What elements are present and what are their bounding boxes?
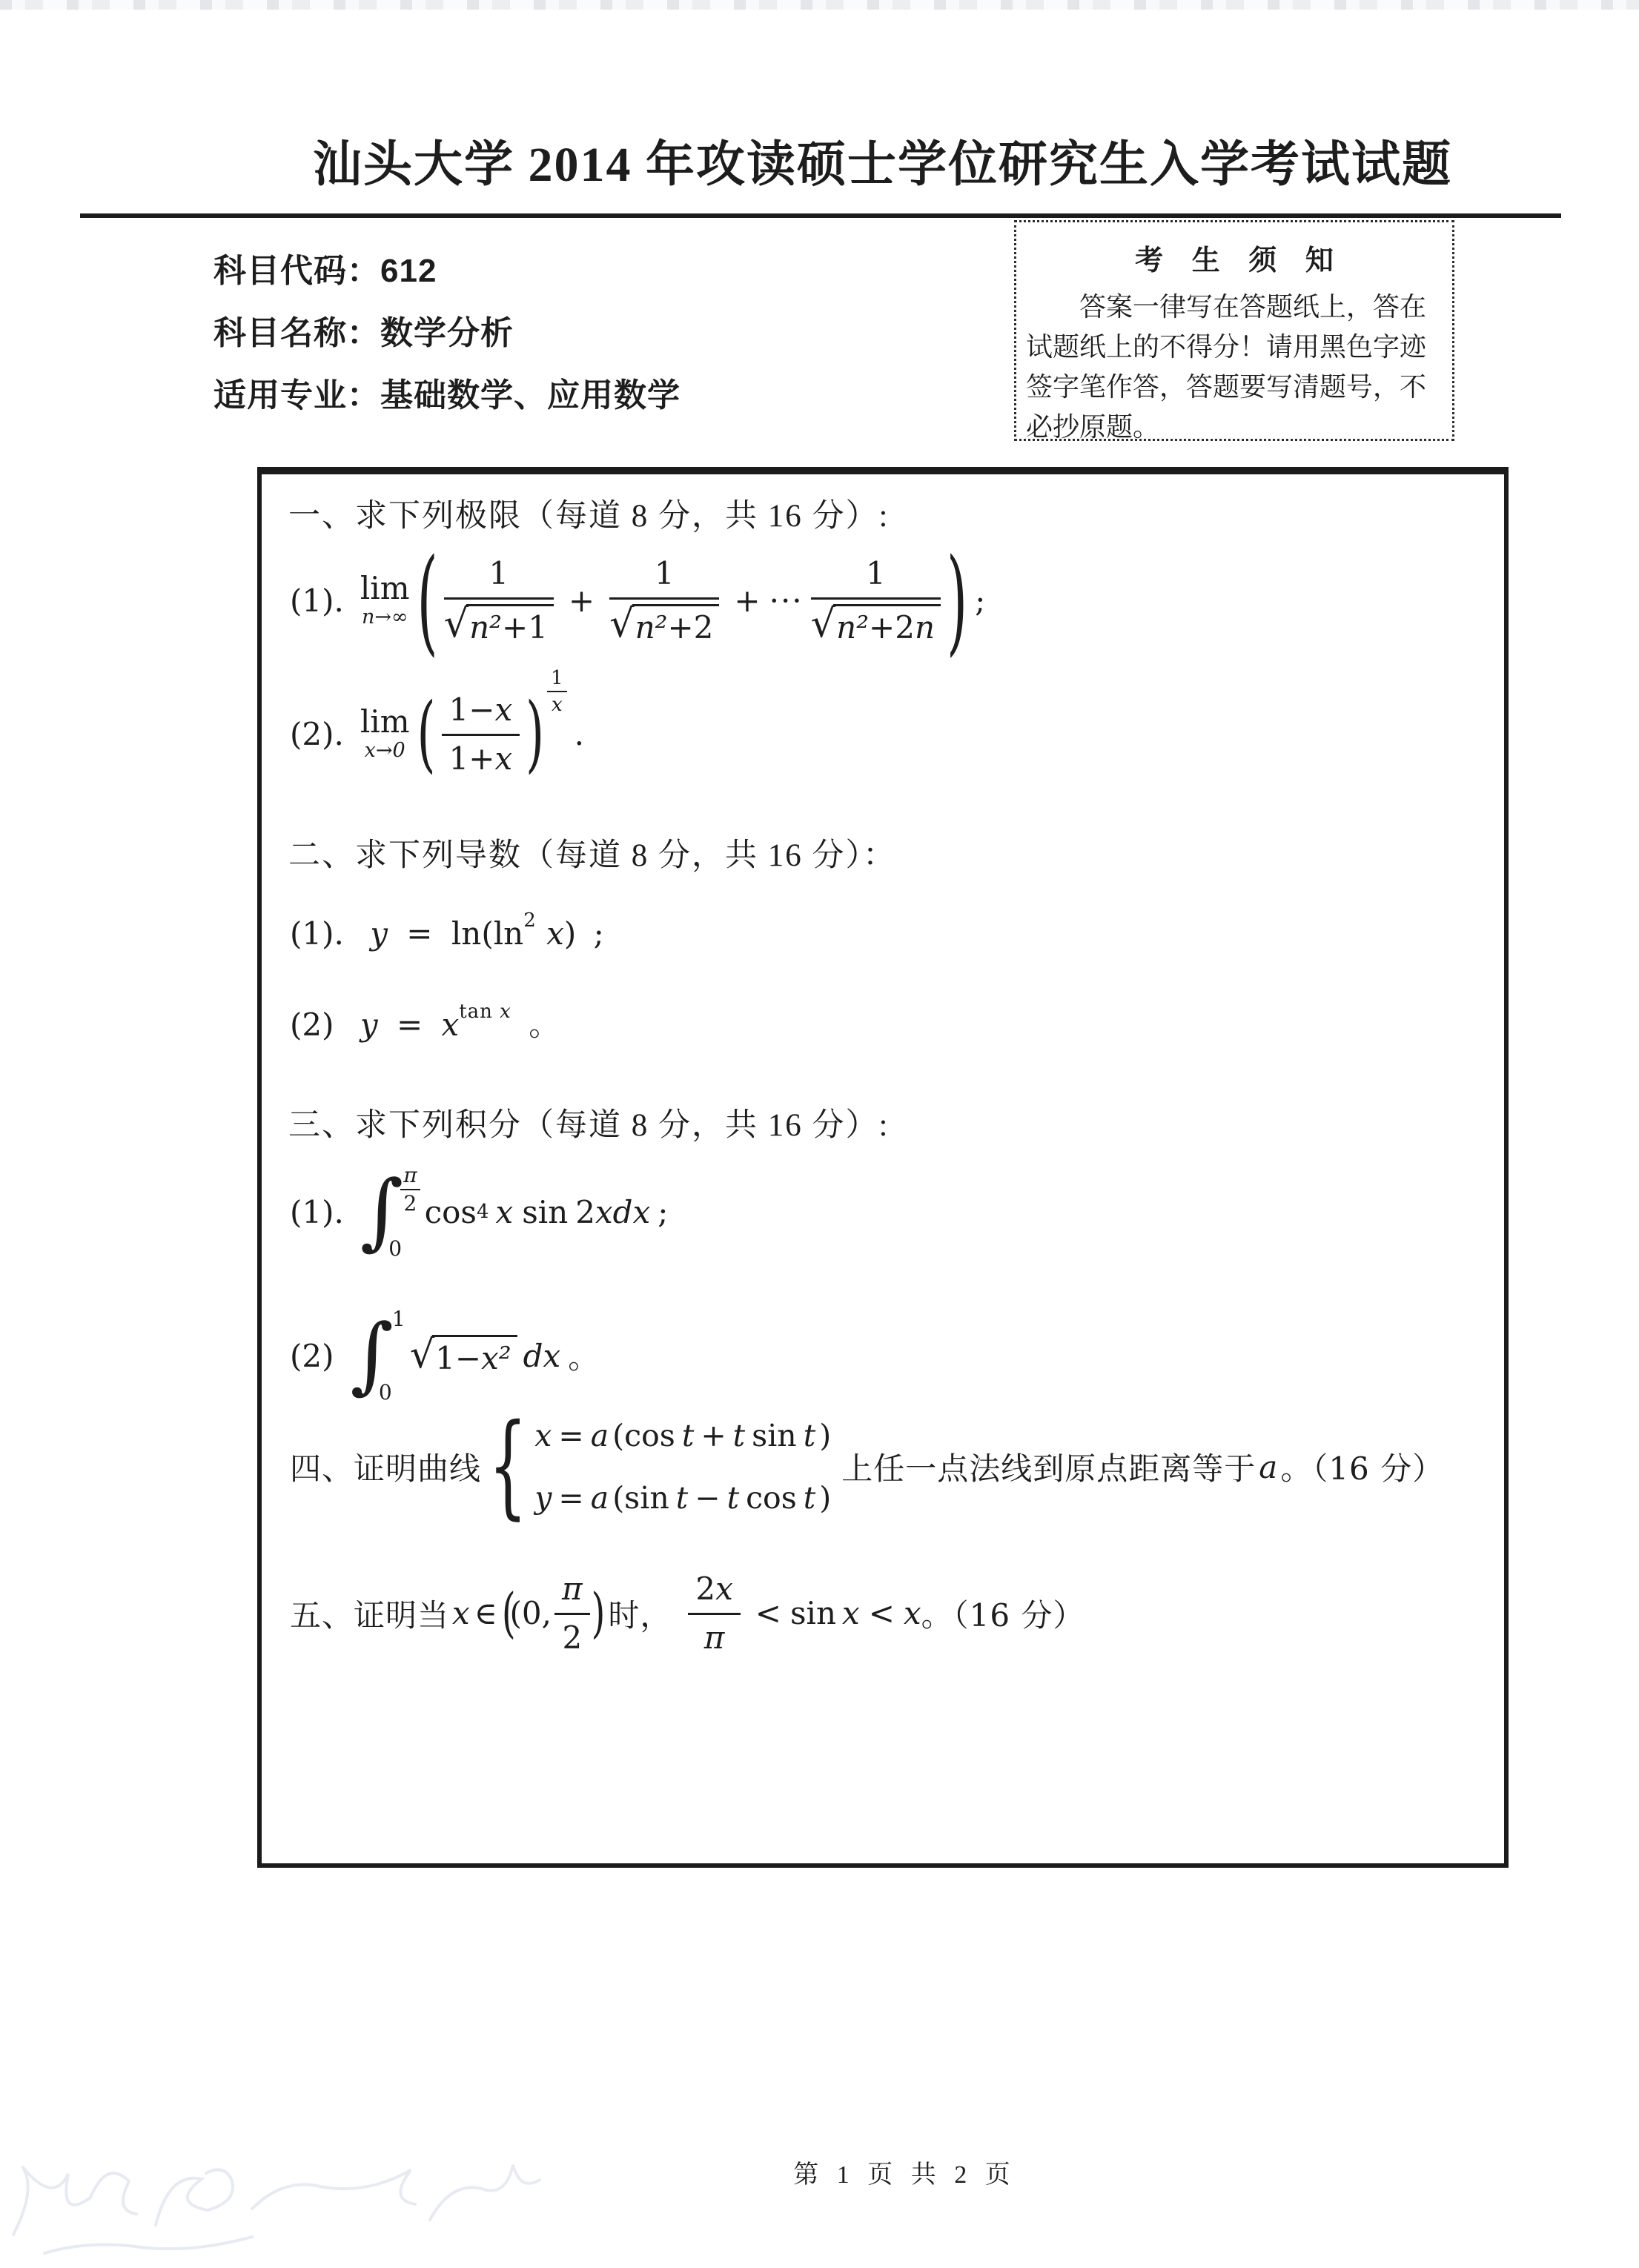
punctuation: 。 [568,1333,599,1378]
subject-name-row: 科目名称：数学分析 [213,311,681,374]
radical-icon: √ [811,608,835,641]
subject-name-value: 数学分析 [380,315,514,351]
upper-limit: 1 [391,1307,405,1331]
points-note: 。（16 分） [1280,1445,1444,1489]
problem-label: (2) [290,1007,334,1043]
problem-number: 四、 [290,1445,354,1489]
page-title: 汕头大学 2014 年攻读硕士学位研究生入学考试试题 [63,125,1639,195]
notice-box: 考 生 须 知 答案一律写在答题纸上，答在 试题纸上的不得分！请用黑色字迹 签字… [1014,220,1454,441]
problem-label: (2) [290,1338,334,1374]
right-paren: ) [947,543,967,658]
problem-label: (1). [290,1194,344,1230]
problem-text: 上任一点法线到原点距离等于 [841,1445,1256,1489]
punctuation: ; [658,1194,668,1230]
fraction: 1−x 1+x [442,692,520,777]
left-paren: ( [502,1587,516,1640]
problem-label: (1). [290,583,344,619]
element-of-symbol: ∈ [474,1595,497,1631]
exponent-fraction: 1 x [547,667,567,716]
problem-number: 五、 [290,1591,354,1636]
lower-limit: 0 [379,1380,394,1405]
lower-limit: 0 [388,1236,408,1261]
notice-title: 考 生 须 知 [1026,237,1443,278]
problem-4: 四、证明曲线 { x=a(cost+tsint) y=a(sint−tcost)… [290,1418,1483,1516]
problem-2-2: (2) y = xtan x 。 [290,1001,1483,1045]
left-paren: ( [417,543,438,658]
equation-x: x=a(cost+tsint) [534,1418,831,1453]
radical-icon: √ [609,608,634,641]
integral: ∫ 1 0 [351,1307,405,1405]
less-than-operator: < [869,1595,895,1631]
page-footer: 第 1 页 共 2 页 [0,2154,1639,2190]
questions-box: 一、求下列极限（每道 8 分，共 16 分）: (1). lim n→∞ ( 1… [257,467,1509,1868]
ellipsis-dots: ··· [769,583,804,619]
notice-line: 签字笔作答，答题要写清题号，不 [1026,367,1443,407]
limit-operator: lim x→0 [360,706,410,762]
points-note: 。（16 分） [921,1591,1085,1636]
punctuation: ; [594,915,604,952]
plus-operator: + [734,583,760,619]
majors-value: 基础数学、应用数学 [380,377,681,414]
fraction: 1 √n²+1 [444,555,554,646]
majors-label: 适用专业： [213,377,380,414]
less-than-operator: < [755,1595,781,1631]
title-divider [80,213,1561,218]
fraction: 1 √n²+2n [811,555,941,646]
parametric-equations: x=a(cost+tsint) y=a(sint−tcost) [534,1418,831,1516]
problem-1-1: (1). lim n→∞ ( 1 √n²+1 + 1 √n²+2 + ··· [290,555,1483,646]
problem-label: (1). [290,915,344,952]
problem-label: (2). [290,716,344,752]
upper-limit: π 2 [400,1163,420,1216]
limit-operator: lim n→∞ [360,573,410,629]
punctuation: 。 [529,1007,560,1043]
notice-line: 试题纸上的不得分！请用黑色字迹 [1026,327,1443,367]
equation-y: y=a(sint−tcost) [534,1480,831,1516]
notice-line: 必抄原题。 [1026,407,1443,447]
section-1-heading: 一、求下列极限（每道 8 分，共 16 分）: [288,491,1483,536]
subject-code-value: 612 [380,253,437,289]
subject-code-row: 科目代码：612 [213,249,681,311]
problem-text: 证明当 [354,1591,449,1636]
subject-meta: 科目代码：612 科目名称：数学分析 适用专业：基础数学、应用数学 [213,249,681,436]
subject-name-label: 科目名称： [213,315,380,351]
integral: ∫ π 2 0 [360,1163,420,1261]
fraction: π 2 [554,1571,590,1656]
exam-paper-page: 汕头大学 2014 年攻读硕士学位研究生入学考试试题 科目代码：612 科目名称… [0,0,1639,2268]
cases-brace: { [489,1410,527,1523]
problem-text: 证明曲线 [354,1445,481,1489]
superscript: 4 [477,1201,490,1223]
equals-operator: = [406,915,432,952]
superscript: 2 [523,909,537,932]
problem-3-1: (1). ∫ π 2 0 cos4 x sin 2xdx ; [290,1163,1483,1261]
subject-code-label: 科目代码： [213,253,380,289]
problem-1-2: (2). lim x→0 ( 1−x 1+x ) 1 x . [290,692,1483,777]
problem-text: 时， [608,1591,672,1636]
notice-line: 答案一律写在答题纸上，答在 [1026,287,1443,327]
problem-5: 五、证明当 x ∈ ( (0, π 2 ) 时， 2x π < sin x < [290,1571,1483,1656]
problem-3-2: (2) ∫ 1 0 √1−x² dx 。 [290,1307,1483,1405]
punctuation: ; [975,583,985,619]
right-paren: ) [592,1587,606,1640]
fraction: 1 √n²+2 [609,555,719,646]
superscript: tan x [459,1001,511,1023]
section-3-heading: 三、求下列积分（每道 8 分，共 16 分）: [288,1100,1483,1145]
radical-icon: √ [444,608,468,641]
plus-operator: + [569,583,595,619]
problem-2-1: (1). y = ln(ln2 x) ; [290,909,1483,952]
left-paren: ( [417,693,436,776]
fraction: 2x π [688,1571,740,1656]
equals-operator: = [397,1007,423,1043]
square-root: √1−x² [410,1335,517,1376]
scan-edge-artifact [0,0,1639,10]
section-2-heading: 二、求下列导数（每道 8 分，共 16 分）： [288,830,1483,875]
radical-icon: √ [410,1339,434,1372]
right-paren: ) [526,693,544,776]
majors-row: 适用专业：基础数学、应用数学 [213,374,681,436]
punctuation: . [575,716,584,752]
